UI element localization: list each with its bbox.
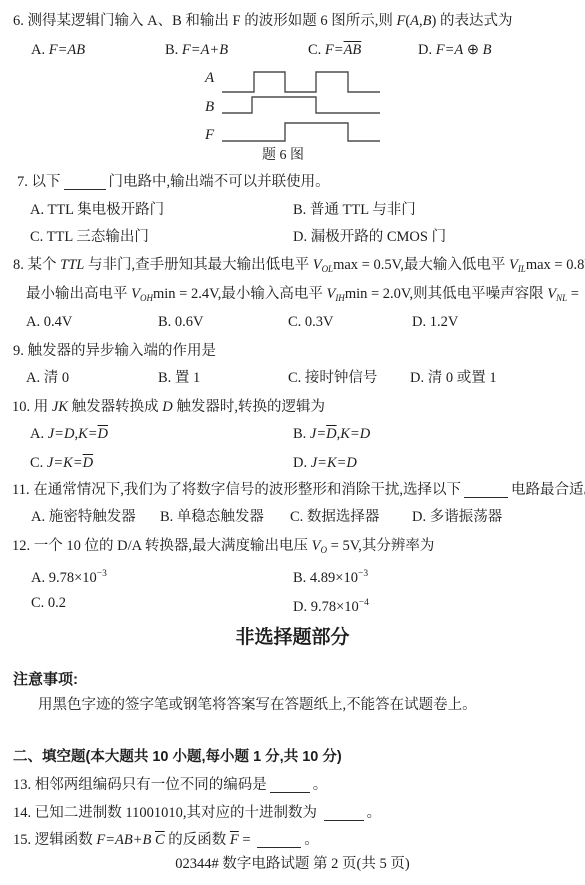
text-segment: ⊕ [463,42,482,58]
question-7-stem: 7. 以下门电路中,输出端不可以并联使用。 [17,174,330,191]
text-segment: J=K=D [311,455,357,471]
question-9-option-a: A. 清 0 [26,370,69,387]
text-segment: min = 2.0V,则其低电平噪声容限 [345,286,547,302]
text-segment: max = 0.8V, [526,257,585,273]
text-segment: OL [322,264,334,274]
text-segment: ) 的表达式为 [432,13,513,29]
question-6-option-a: A. F=AB [31,42,85,59]
text-segment: 15. 逻辑函数 [13,832,96,848]
question-13-stem: 13. 相邻两组编码只有一位不同的编码是。 [13,777,327,794]
text-segment: 最小输出高电平 [26,286,131,302]
answer-blank [270,778,310,793]
question-8-option-d: D. 1.2V [412,314,458,331]
text-segment: D [326,426,336,442]
notes-title: 注意事项: [13,671,78,688]
text-segment: A [410,13,419,29]
waveform-trace-b [222,97,380,113]
waveform-figure [195,64,395,149]
question-12-option-b: B. 4.89×10−3 [293,566,368,587]
question-7-option-d: D. 漏极开路的 CMOS 门 [293,229,446,246]
text-segment: F [230,832,239,848]
text-segment: OH [140,293,153,303]
text-segment: 电路最合适。 [511,482,585,498]
text-segment: 与非门,查手册知其最大输出低电平 [84,257,312,273]
answer-blank [64,175,106,190]
text-segment: C. [30,455,47,471]
text-segment: max = 0.5V,最大输入低电平 [333,257,509,273]
text-segment: 13. 相邻两组编码只有一位不同的编码是 [13,777,267,793]
text-segment: F=A [436,42,464,58]
text-segment: F=AB [49,42,85,58]
text-segment: C [155,832,165,848]
question-7-option-b: B. 普通 TTL 与非门 [293,202,416,219]
question-10-stem: 10. 用 JK 触发器转换成 D 触发器时,转换的逻辑为 [12,399,325,416]
answer-blank [257,833,301,848]
text-segment: 7. 以下 [17,174,61,190]
waveform-trace-f [222,123,380,141]
text-segment: IL [518,264,526,274]
text-segment: −3 [358,569,368,579]
question-8-option-a: A. 0.4V [26,314,72,331]
question-8-stem-line1: 8. 某个 TTL 与非门,查手册知其最大输出低电平 VOLmax = 0.5V… [13,257,585,278]
text-segment: = [567,286,579,302]
text-segment: 触发器时,转换的逻辑为 [173,399,325,415]
figure-caption: 题 6 图 [183,144,383,164]
text-segment: D. [418,42,436,58]
text-segment: = 5V,其分辨率为 [327,538,434,554]
question-10-option-c: C. J=K=D [30,455,93,472]
question-10-option-d: D. J=K=D [293,455,357,472]
text-segment: V [312,538,321,554]
text-segment: D [83,455,93,471]
text-segment: B. 4.89×10 [293,570,358,586]
text-segment: D [98,426,108,442]
text-segment: V [131,286,140,302]
notes-paragraph: 用黑色字迹的签字笔或钢笔将答案写在答题纸上,不能答在试题卷上。 [38,697,477,714]
question-8-option-b: B. 0.6V [158,314,204,331]
section-heading: 非选择题部分 [0,629,585,646]
question-6-option-b: B. F=A+B [165,42,228,59]
text-segment: V [313,257,322,273]
text-segment: J=K= [47,455,83,471]
text-segment: 8. 某个 [13,257,60,273]
text-segment: V [326,286,335,302]
text-segment: 12. 一个 10 位的 D/A 转换器,最大满度输出电压 [12,538,312,554]
text-segment: 。 [367,805,382,821]
text-segment: AB [344,42,362,58]
text-segment: A. [30,426,48,442]
text-segment: 触发器转换成 [68,399,162,415]
fill-in-section-header: 二、填空题(本大题共 10 小题,每小题 1 分,共 10 分) [13,749,342,766]
text-segment: D. 9.78×10 [293,599,359,615]
text-segment: min = 2.4V,最小输入高电平 [153,286,326,302]
question-10-option-a: A. J=D,K=D [30,426,108,443]
text-segment: 的反函数 [165,832,230,848]
question-9-stem: 9. 触发器的异步输入端的作用是 [13,343,216,360]
answer-blank [464,483,508,498]
page-footer: 02344# 数字电路试题 第 2 页(共 5 页) [0,856,585,873]
text-segment: F= [325,42,344,58]
question-9-option-d: D. 清 0 或置 1 [410,370,497,387]
text-segment: IH [335,293,345,303]
question-15-stem: 15. 逻辑函数 F=AB+B C 的反函数 F = 。 [13,832,319,849]
text-segment: B [423,13,432,29]
text-segment: = [239,832,254,848]
text-segment: C. [308,42,325,58]
question-11-option-b: B. 单稳态触发器 [160,509,264,526]
question-9-option-c: C. 接时钟信号 [288,370,377,387]
question-11-option-c: C. 数据选择器 [290,509,379,526]
text-segment: 。 [313,777,328,793]
question-11-option-a: A. 施密特触发器 [31,509,136,526]
text-segment: A. 9.78×10 [31,570,97,586]
text-segment: 6. 测得某逻辑门输入 A、B 和输出 F 的波形如题 6 图所示,则 [13,13,396,29]
text-segment: JK [52,399,68,415]
question-9-option-b: B. 置 1 [158,370,200,387]
text-segment: B. [293,426,310,442]
question-8-option-c: C. 0.3V [288,314,334,331]
text-segment: 11. 在通常情况下,我们为了将数字信号的波形整形和消除干扰,选择以下 [12,482,461,498]
text-segment: A. [31,42,49,58]
text-segment: −4 [359,598,369,608]
text-segment: B. [165,42,182,58]
text-segment: B [483,42,492,58]
text-segment: J=D [48,426,75,442]
question-7-option-a: A. TTL 集电极开路门 [30,202,164,219]
question-12-option-a: A. 9.78×10−3 [31,566,107,587]
text-segment: F [396,13,405,29]
exam-paper-page: 6. 测得某逻辑门输入 A、B 和输出 F 的波形如题 6 图所示,则 F(A,… [0,0,585,885]
waveform-trace-a [222,72,380,92]
question-6-option-c: C. F=AB [308,42,361,59]
answer-blank [324,806,364,821]
question-10-option-b: B. J=D,K=D [293,426,370,443]
text-segment: K= [78,426,97,442]
text-segment: NL [556,293,567,303]
text-segment: −3 [97,569,107,579]
text-segment: C. 0.2 [31,595,66,611]
text-segment: V [547,286,556,302]
text-segment: 10. 用 [12,399,52,415]
question-12-stem: 12. 一个 10 位的 D/A 转换器,最大满度输出电压 VO = 5V,其分… [12,538,434,559]
question-12-option-d: D. 9.78×10−4 [293,595,369,616]
text-segment: 。 [304,832,319,848]
text-segment: F=A+B [182,42,228,58]
text-segment: J= [310,426,326,442]
question-12-option-c: C. 0.2 [31,595,66,612]
question-8-stem-line2: 最小输出高电平 VOHmin = 2.4V,最小输入高电平 VIHmin = 2… [26,286,579,307]
text-segment: D. [293,455,311,471]
question-11-stem: 11. 在通常情况下,我们为了将数字信号的波形整形和消除干扰,选择以下电路最合适… [12,482,585,499]
question-14-stem: 14. 已知二进制数 11001010,其对应的十进制数为 。 [13,805,381,822]
text-segment: TTL [60,257,84,273]
question-7-option-c: C. TTL 三态输出门 [30,229,149,246]
text-segment: 14. 已知二进制数 11001010,其对应的十进制数为 [13,805,321,821]
text-segment: D [162,399,172,415]
text-segment: 门电路中,输出端不可以并联使用。 [109,174,330,190]
text-segment: K=D [340,426,370,442]
text-segment: F=AB+B [96,832,151,848]
question-6-stem: 6. 测得某逻辑门输入 A、B 和输出 F 的波形如题 6 图所示,则 F(A,… [13,13,512,30]
question-11-option-d: D. 多谐振荡器 [412,509,502,526]
question-6-option-d: D. F=A ⊕ B [418,42,492,59]
text-segment: V [509,257,518,273]
